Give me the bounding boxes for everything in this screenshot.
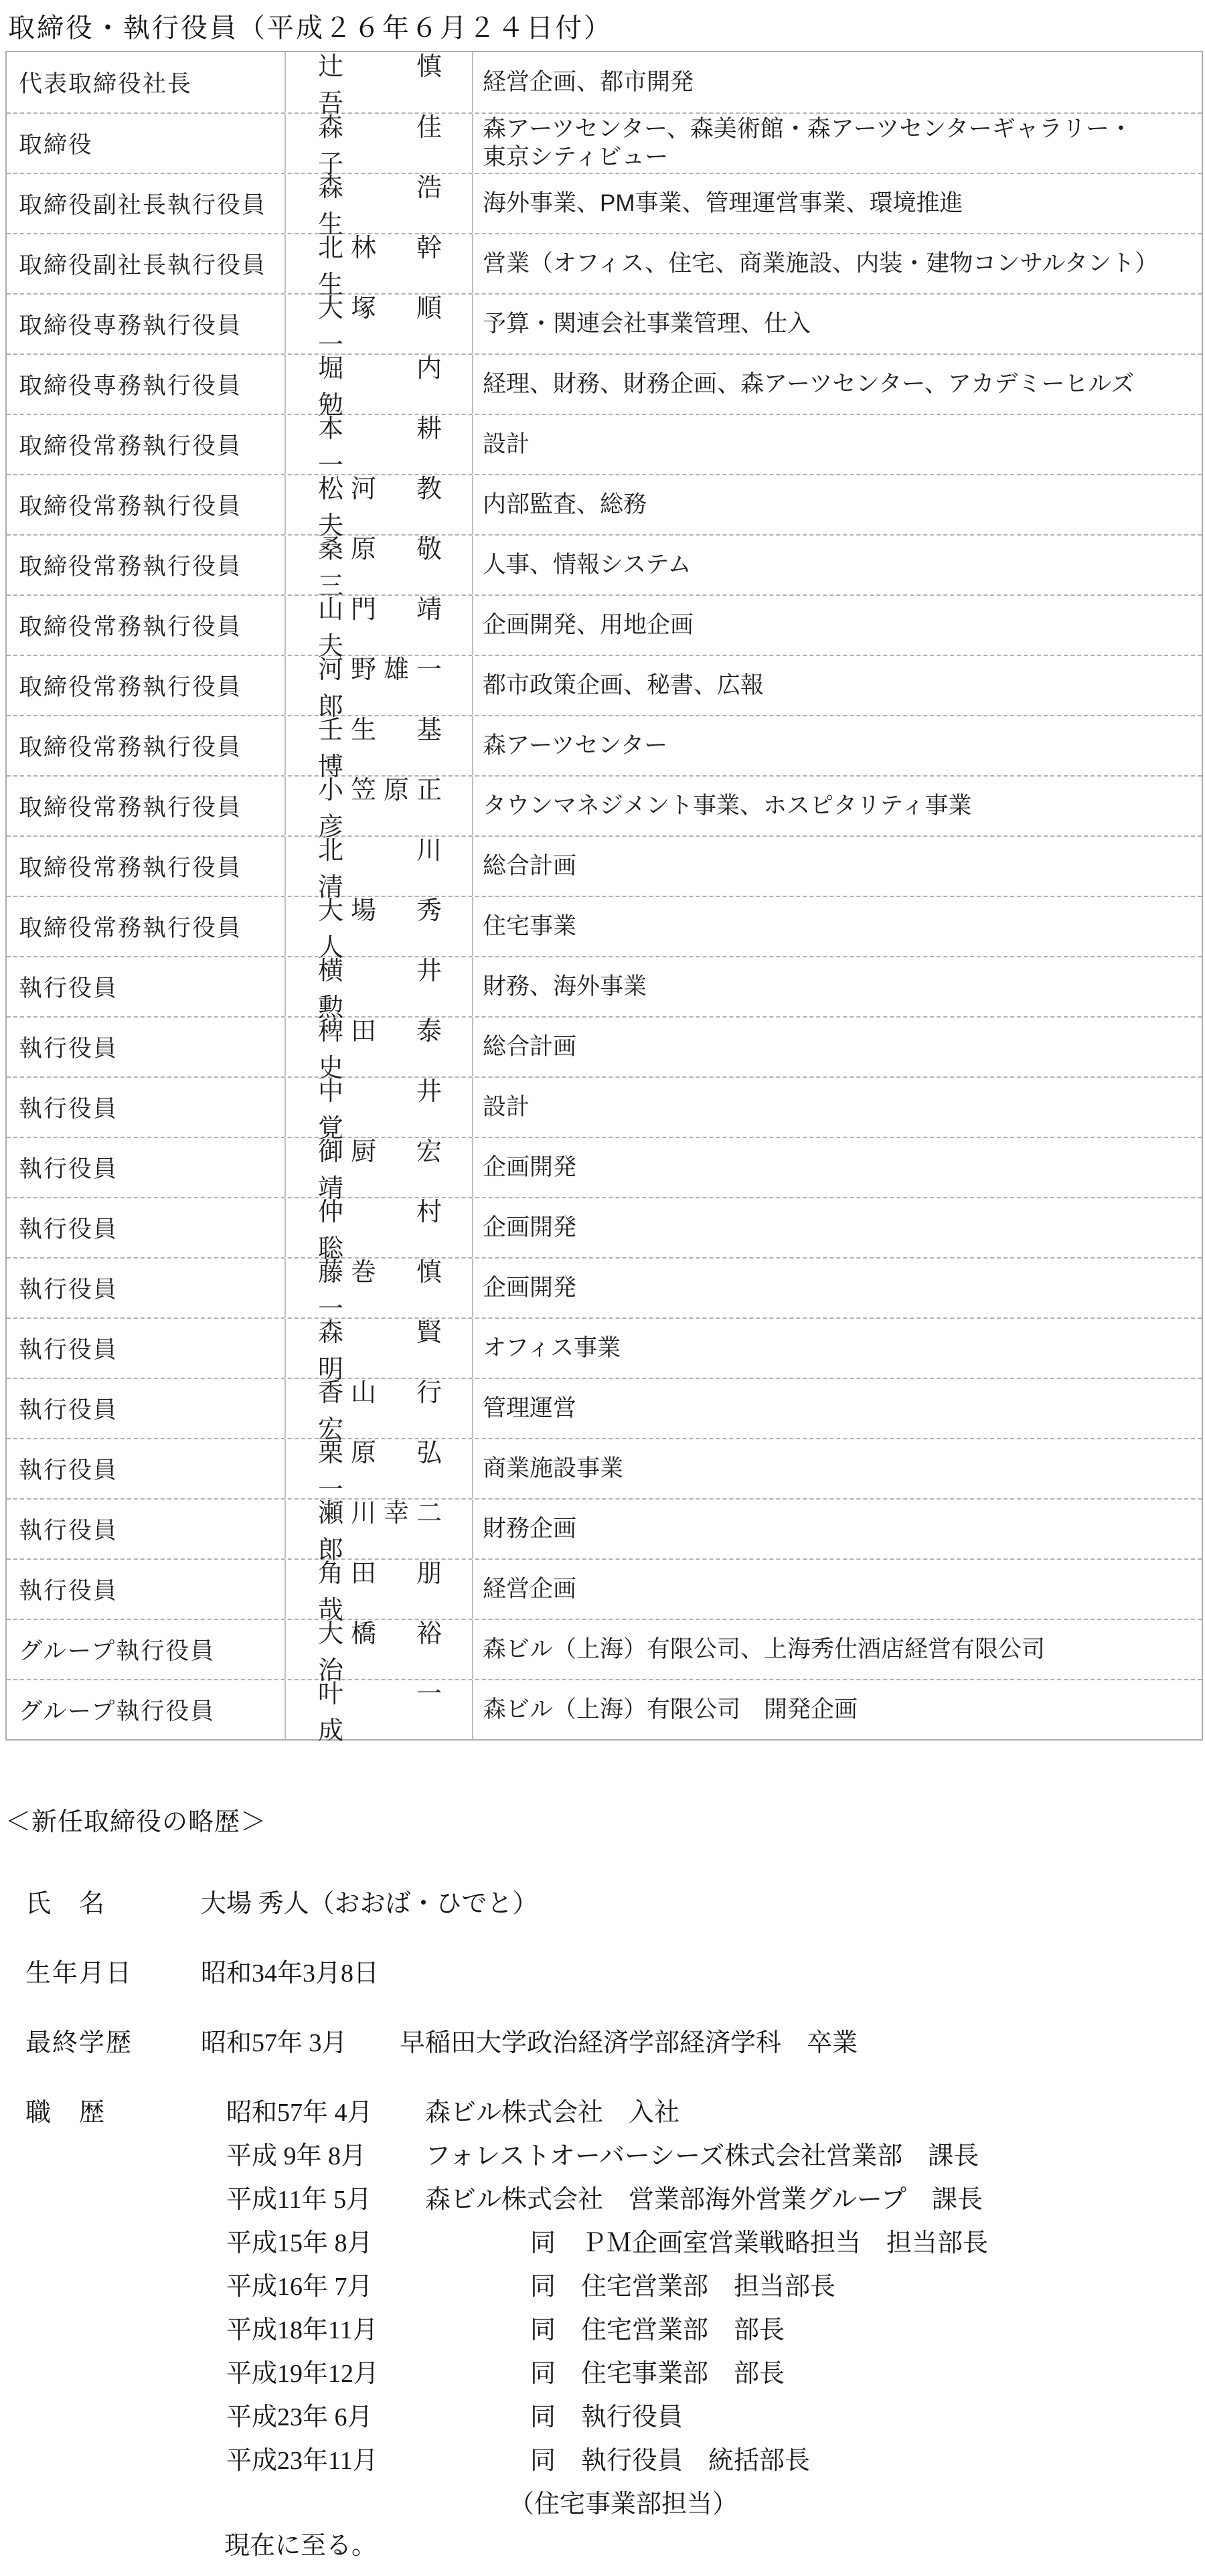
officer-row: 執行役員 森 賢明 オフィス事業	[7, 1317, 1202, 1378]
bio-birthdate-label: 生年月日	[0, 1959, 201, 1988]
officer-row: 取締役常務執行役員 河野雄一郎 都市政策企画、秘書、広報	[7, 655, 1202, 715]
officer-name-cell: 桑原 敬三	[286, 536, 473, 594]
career-text: 同 住宅営業部 部長	[530, 2316, 785, 2359]
officer-position: 取締役常務執行役員	[7, 596, 286, 655]
officer-row: 取締役常務執行役員 山門 靖夫 企画開発、用地企画	[7, 594, 1202, 655]
officer-duties: 人事、情報システム	[473, 551, 1202, 579]
officer-name-cell: 大塚 順一	[286, 295, 473, 353]
career-text: 同 ＰＭ企画室営業戦略担当 担当部長	[530, 2229, 988, 2272]
officer-position: 取締役	[7, 114, 286, 173]
officer-row: 取締役常務執行役員 小笠原正彦 タウンマネジメント事業、ホスピタリティ事業	[7, 775, 1202, 835]
career-text: 森ビル株式会社 営業部海外営業グループ 課長	[425, 2185, 983, 2229]
officer-duties: 管理運営	[473, 1394, 1202, 1423]
career-row: 平成11年 5月 森ビル株式会社 営業部海外営業グループ 課長	[0, 2185, 1205, 2229]
officer-name-cell: 御厨 宏靖	[286, 1138, 473, 1197]
officer-row: 執行役員 香山 行宏 管理運営	[7, 1378, 1202, 1438]
officer-row: グループ執行役員 大橋 裕治 森ビル（上海）有限公司、上海秀仕酒店経営有限公司	[7, 1619, 1202, 1679]
officer-row: 取締役副社長執行役員 森 浩生 海外事業、PM事業、管理運営事業、環境推進	[7, 173, 1202, 233]
page: 取締役・執行役員（平成２６年６月２４日付） 代表取締役社長 辻 慎吾 経営企画、…	[0, 0, 1205, 2576]
officer-name-cell: 北林 幹生	[286, 234, 473, 293]
officer-row: 執行役員 稗田 泰史 総合計画	[7, 1016, 1202, 1076]
officer-name: 叶 一成	[318, 1673, 442, 1747]
officer-name-cell: 横井 勲	[286, 957, 473, 1016]
officer-duties: 総合計画	[473, 1033, 1202, 1061]
officer-position: 取締役常務執行役員	[7, 656, 286, 715]
officer-duties: 営業（オフィス、住宅、商業施設、内装・建物コンサルタント）	[473, 250, 1202, 278]
officer-duties: 経理、財務、財務企画、森アーツセンター、アカデミーヒルズ	[473, 370, 1202, 398]
career-block: 職 歴 昭和57年 4月 森ビル株式会社 入社 平成 9年 8月 フォレストオー…	[0, 2098, 1205, 2561]
officer-position: 執行役員	[7, 1078, 286, 1137]
career-text: 同 住宅事業部 部長	[530, 2359, 785, 2403]
officer-duties: 森ビル（上海）有限公司 開発企画	[473, 1696, 1202, 1724]
officer-row: 代表取締役社長 辻 慎吾 経営企画、都市開発	[7, 52, 1202, 112]
bio-birthdate-row: 生年月日 昭和34年3月8日	[0, 1959, 1205, 1988]
career-label: 職 歴	[25, 2098, 106, 2127]
officer-row: 取締役専務執行役員 堀内 勉 経理、財務、財務企画、森アーツセンター、アカデミー…	[7, 353, 1202, 414]
officer-duties: 商業施設事業	[473, 1455, 1202, 1483]
closing-note: 現在に至る。	[224, 2531, 1205, 2561]
career-row: 平成 9年 8月 フォレストオーバーシーズ株式会社営業部 課長	[0, 2142, 1205, 2185]
officer-duties: オフィス事業	[473, 1334, 1202, 1362]
officer-row: 執行役員 藤巻 慎一 企画開発	[7, 1257, 1202, 1317]
officer-name-cell: 小笠原正彦	[286, 777, 473, 835]
officer-name-cell: 大場 秀人	[286, 897, 473, 956]
officer-position: 取締役常務執行役員	[7, 536, 286, 594]
bio-name-row: 氏 名 大場 秀人（おおば・ひでと）	[0, 1889, 1205, 1919]
officer-name-cell: 河野雄一郎	[286, 656, 473, 715]
officer-row: 取締役常務執行役員 桑原 敬三 人事、情報システム	[7, 534, 1202, 594]
officer-duties: 企画開発	[473, 1153, 1202, 1182]
officer-name-cell: 叶 一成	[286, 1680, 473, 1739]
officer-duties: 森アーツセンター、森美術館・森アーツセンターギャラリー・ 東京シティビュー	[473, 115, 1202, 171]
officer-position: 執行役員	[7, 1138, 286, 1197]
officer-duties: 企画開発	[473, 1214, 1202, 1242]
biography-section: ＜新任取締役の略歴＞ 氏 名 大場 秀人（おおば・ひでと） 生年月日 昭和34年…	[0, 1807, 1205, 2561]
officer-name-cell: 稗田 泰史	[286, 1018, 473, 1076]
officer-name-cell: 香山 行宏	[286, 1379, 473, 1438]
career-list: 昭和57年 4月 森ビル株式会社 入社 平成 9年 8月 フォレストオーバーシー…	[0, 2098, 1205, 2490]
career-date: 昭和57年 4月	[226, 2098, 425, 2142]
career-date: 平成18年11月	[226, 2316, 425, 2359]
officer-duties: 財務企画	[473, 1515, 1202, 1543]
career-row: 平成23年 6月 同 執行役員	[0, 2403, 1205, 2446]
officer-duties: 海外事業、PM事業、管理運営事業、環境推進	[473, 189, 1202, 218]
officer-row: 取締役常務執行役員 大場 秀人 住宅事業	[7, 896, 1202, 956]
officer-name-cell: 堀内 勉	[286, 355, 473, 414]
officer-name-cell: 辻 慎吾	[286, 52, 473, 112]
officer-row: グループ執行役員 叶 一成 森ビル（上海）有限公司 開発企画	[7, 1679, 1202, 1739]
officer-name-cell: 壬生 基博	[286, 716, 473, 775]
officer-name-cell: 栗原 弘一	[286, 1439, 473, 1498]
officer-duties: 企画開発	[473, 1274, 1202, 1302]
officer-position: 執行役員	[7, 1560, 286, 1619]
officer-name-cell: 瀬川幸二郎	[286, 1500, 473, 1558]
officer-duties: 経営企画、都市開発	[473, 68, 1202, 96]
career-text: 森ビル株式会社 入社	[425, 2098, 679, 2142]
officer-position: 取締役常務執行役員	[7, 837, 286, 896]
officer-name-cell: 森 佳子	[286, 114, 473, 173]
officer-position: グループ執行役員	[7, 1620, 286, 1679]
officer-row: 取締役 森 佳子 森アーツセンター、森美術館・森アーツセンターギャラリー・ 東京…	[7, 112, 1202, 173]
bio-education-label: 最終学歴	[0, 2028, 201, 2058]
officer-name-cell: 松河 教夫	[286, 475, 473, 534]
officers-table: 代表取締役社長 辻 慎吾 経営企画、都市開発 取締役 森 佳子 森アーツセンター…	[5, 51, 1203, 1741]
officer-position: 執行役員	[7, 1379, 286, 1438]
career-note: （住宅事業部担当）	[509, 2490, 1205, 2531]
officer-row: 執行役員 中井 覚 設計	[7, 1076, 1202, 1137]
officer-row: 執行役員 横井 勲 財務、海外事業	[7, 956, 1202, 1016]
officer-duties: 内部監査、総務	[473, 491, 1202, 519]
career-text: 同 執行役員 統括部長	[530, 2446, 810, 2490]
officer-position: 取締役常務執行役員	[7, 897, 286, 956]
career-date: 平成 9年 8月	[226, 2142, 425, 2185]
career-date: 平成16年 7月	[226, 2272, 425, 2316]
officer-position: 取締役専務執行役員	[7, 355, 286, 414]
officer-duties: 設計	[473, 430, 1202, 459]
career-date: 平成23年11月	[226, 2446, 425, 2490]
career-date: 平成11年 5月	[226, 2185, 425, 2229]
officer-position: 執行役員	[7, 1018, 286, 1076]
officer-position: 取締役副社長執行役員	[7, 234, 286, 293]
officer-row: 執行役員 御厨 宏靖 企画開発	[7, 1137, 1202, 1197]
officer-position: 代表取締役社長	[7, 52, 286, 112]
bio-name-label: 氏 名	[0, 1889, 201, 1919]
officer-position: 取締役常務執行役員	[7, 777, 286, 835]
officer-duties: 企画開発、用地企画	[473, 611, 1202, 639]
career-row: 平成15年 8月 同 ＰＭ企画室営業戦略担当 担当部長	[0, 2229, 1205, 2272]
officer-duties: 経営企画	[473, 1575, 1202, 1603]
officer-position: 執行役員	[7, 1500, 286, 1558]
officer-row: 執行役員 栗原 弘一 商業施設事業	[7, 1438, 1202, 1498]
officer-position: 取締役常務執行役員	[7, 415, 286, 474]
officer-name-cell: 角田 朋哉	[286, 1560, 473, 1619]
officer-row: 執行役員 角田 朋哉 経営企画	[7, 1558, 1202, 1619]
officer-position: 取締役常務執行役員	[7, 475, 286, 534]
bio-education-row: 最終学歴 昭和57年 3月 早稲田大学政治経済学部経済学科 卒業	[0, 2028, 1205, 2058]
bio-birthdate-value: 昭和34年3月8日	[201, 1959, 1205, 1988]
officer-duties: タウンマネジメント事業、ホスピタリティ事業	[473, 792, 1202, 820]
career-text: フォレストオーバーシーズ株式会社営業部 課長	[425, 2142, 979, 2185]
career-row: 昭和57年 4月 森ビル株式会社 入社	[0, 2098, 1205, 2142]
officer-row: 執行役員 瀬川幸二郎 財務企画	[7, 1498, 1202, 1558]
officer-duties: 財務、海外事業	[473, 973, 1202, 1001]
officer-name-cell: 山門 靖夫	[286, 596, 473, 655]
career-date: 平成19年12月	[226, 2359, 425, 2403]
officer-name-cell: 中井 覚	[286, 1078, 473, 1137]
officer-row: 取締役専務執行役員 大塚 順一 予算・関連会社事業管理、仕入	[7, 293, 1202, 353]
career-row: 平成16年 7月 同 住宅営業部 担当部長	[0, 2272, 1205, 2316]
biography-section-title: ＜新任取締役の略歴＞	[5, 1807, 1205, 1837]
officer-position: 取締役専務執行役員	[7, 295, 286, 353]
officer-row: 取締役常務執行役員 北川 清 総合計画	[7, 835, 1202, 896]
career-date: 平成23年 6月	[226, 2403, 425, 2446]
bio-education-value: 早稲田大学政治経済学部経済学科 卒業	[400, 2028, 1205, 2058]
officer-name-cell: 藤巻 慎一	[286, 1259, 473, 1317]
officer-row: 取締役常務執行役員 松河 教夫 内部監査、総務	[7, 474, 1202, 534]
officer-duties: 都市政策企画、秘書、広報	[473, 671, 1202, 700]
officer-position: 執行役員	[7, 1198, 286, 1257]
officer-duties: 森アーツセンター	[473, 732, 1202, 760]
officer-name-cell: 仲村 聡	[286, 1198, 473, 1257]
officer-duties: 予算・関連会社事業管理、仕入	[473, 310, 1202, 338]
officer-name-cell: 森 浩生	[286, 174, 473, 233]
officer-row: 取締役常務執行役員 壬生 基博 森アーツセンター	[7, 715, 1202, 775]
career-row: 平成18年11月 同 住宅営業部 部長	[0, 2316, 1205, 2359]
officer-duties: 総合計画	[473, 852, 1202, 880]
officer-row: 取締役副社長執行役員 北林 幹生 営業（オフィス、住宅、商業施設、内装・建物コン…	[7, 233, 1202, 293]
officer-row: 執行役員 仲村 聡 企画開発	[7, 1197, 1202, 1257]
career-row: 平成19年12月 同 住宅事業部 部長	[0, 2359, 1205, 2403]
officer-position: 執行役員	[7, 1439, 286, 1498]
officer-position: グループ執行役員	[7, 1680, 286, 1739]
officer-duties: 森ビル（上海）有限公司、上海秀仕酒店経営有限公司	[473, 1635, 1202, 1664]
officer-row: 取締役常務執行役員 本 耕一 設計	[7, 414, 1202, 474]
career-text: 同 執行役員	[530, 2403, 683, 2446]
career-text: 同 住宅営業部 担当部長	[530, 2272, 835, 2316]
document-title: 取締役・執行役員（平成２６年６月２４日付）	[8, 12, 613, 44]
officer-position: 取締役副社長執行役員	[7, 174, 286, 233]
officer-name-cell: 北川 清	[286, 837, 473, 896]
officer-position: 執行役員	[7, 1259, 286, 1317]
career-row: 平成23年11月 同 執行役員 統括部長	[0, 2446, 1205, 2490]
officer-name-cell: 本 耕一	[286, 415, 473, 474]
officer-duties: 住宅事業	[473, 912, 1202, 941]
bio-name-value: 大場 秀人（おおば・ひでと）	[201, 1889, 1205, 1919]
officer-duties: 設計	[473, 1093, 1202, 1121]
bio-education-date: 昭和57年 3月	[201, 2028, 400, 2058]
officer-name-cell: 森 賢明	[286, 1319, 473, 1378]
officer-position: 執行役員	[7, 1319, 286, 1378]
officer-position: 取締役常務執行役員	[7, 716, 286, 775]
officer-position: 執行役員	[7, 957, 286, 1016]
career-date: 平成15年 8月	[226, 2229, 425, 2272]
officer-name-cell: 大橋 裕治	[286, 1620, 473, 1679]
